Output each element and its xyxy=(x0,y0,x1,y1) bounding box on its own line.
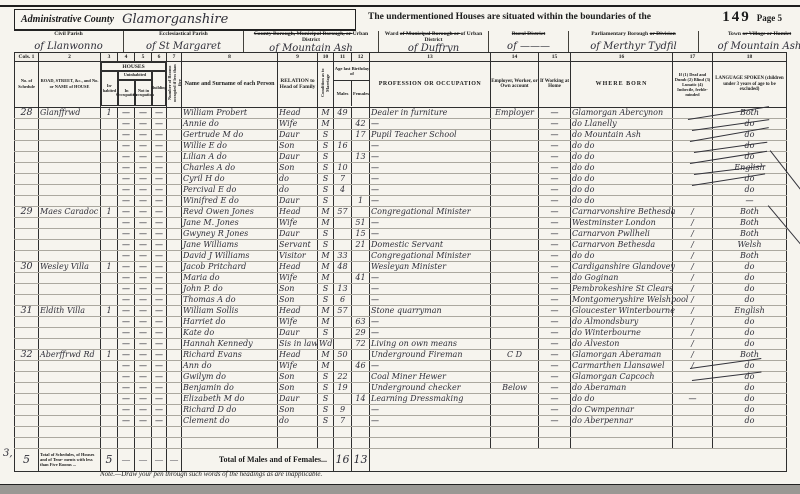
cell xyxy=(15,173,39,184)
cell: do xyxy=(278,173,318,184)
cell: Wife xyxy=(278,316,318,327)
cell xyxy=(370,426,491,437)
cell: Domestic Servant xyxy=(370,239,491,250)
cell: Elizabeth M do xyxy=(182,393,278,404)
cell: do xyxy=(713,316,787,327)
header-age-group: Age last Birthday of Males Females xyxy=(334,62,370,108)
cell: — xyxy=(118,250,135,261)
cell xyxy=(39,382,101,393)
cell: — xyxy=(152,250,167,261)
cell: — xyxy=(118,316,135,327)
cell: Harriet do xyxy=(182,316,278,327)
cell xyxy=(39,404,101,415)
cell xyxy=(278,426,318,437)
header-not-in-occupation: Not in Occupation xyxy=(135,80,152,106)
cell xyxy=(491,195,539,206)
cell: do do xyxy=(571,173,673,184)
table-row: ———Ann doWifeM46——Carmarthen Llansawel/d… xyxy=(15,360,787,371)
cell: — xyxy=(152,294,167,305)
cell: — xyxy=(118,195,135,206)
cell: — xyxy=(118,140,135,151)
cell xyxy=(713,426,787,437)
cell: do do xyxy=(571,250,673,261)
column-number: 6 xyxy=(152,53,167,62)
cell: do xyxy=(713,294,787,305)
cell: Daur xyxy=(278,327,318,338)
cell xyxy=(167,415,182,426)
cell: / xyxy=(673,272,713,283)
cell xyxy=(167,140,182,151)
cell: Thomas A do xyxy=(182,294,278,305)
cell: 17 xyxy=(352,129,370,140)
cell: — xyxy=(152,129,167,140)
cell: do Alveston xyxy=(571,338,673,349)
cell: — xyxy=(135,140,152,151)
cell xyxy=(167,250,182,261)
column-number: 13 xyxy=(370,53,491,62)
cell xyxy=(101,129,118,140)
cell: — xyxy=(118,415,135,426)
cell xyxy=(334,327,352,338)
cell xyxy=(167,272,182,283)
cell: do xyxy=(713,338,787,349)
cell: — xyxy=(135,162,152,173)
cell: — xyxy=(135,118,152,129)
header-workhome: If Working at Home xyxy=(539,62,571,108)
cell: — xyxy=(539,404,571,415)
cell: Carmarthen Llansawel xyxy=(571,360,673,371)
cell xyxy=(491,261,539,272)
cell xyxy=(118,426,135,437)
cell: — xyxy=(539,162,571,173)
cell xyxy=(491,272,539,283)
cell: — xyxy=(135,360,152,371)
cell xyxy=(491,371,539,382)
cell: Revd Owen Jones xyxy=(182,206,278,217)
parish-box-label: Parliamentary Borough or Division xyxy=(571,31,696,37)
cell: M xyxy=(318,349,334,360)
cell: — xyxy=(118,338,135,349)
parish-box-value: of Duffryn xyxy=(381,44,486,52)
table-row: 32Aberffrwd Rd1———Richard EvansHeadM50Un… xyxy=(15,349,787,360)
cell: Jane Williams xyxy=(182,239,278,250)
cell: M xyxy=(318,272,334,283)
parish-box: Ecclesiastical Parish of St Margaret xyxy=(124,31,244,52)
cell: — xyxy=(135,151,152,162)
table-row: 28Glanffrwd1———William ProbertHeadM49Dea… xyxy=(15,107,787,118)
cell: — xyxy=(539,206,571,217)
cell: Benjamin do xyxy=(182,382,278,393)
table-row: ———Harriet doWifeM63——do Almondsbury/do xyxy=(15,316,787,327)
header-houses-group: HOUSES In-habited Uninhabited In Occupat… xyxy=(101,62,167,108)
cell xyxy=(101,327,118,338)
cell: — xyxy=(152,404,167,415)
cell xyxy=(334,118,352,129)
cell: — xyxy=(118,272,135,283)
cell xyxy=(491,151,539,162)
total-schedules-label: Total of Schedules, of Houses and of Ten… xyxy=(39,448,101,471)
cell xyxy=(101,316,118,327)
cell: — xyxy=(370,151,491,162)
cell: S xyxy=(318,228,334,239)
cell xyxy=(334,195,352,206)
cell: S xyxy=(318,294,334,305)
cell: Clement do xyxy=(182,415,278,426)
parish-box-value: of Llanwonno xyxy=(16,42,121,52)
column-number: 18 xyxy=(713,53,787,62)
cell: 33 xyxy=(334,250,352,261)
cell: Cyril H do xyxy=(182,173,278,184)
cell: do xyxy=(713,283,787,294)
cell xyxy=(352,162,370,173)
cell: Ann do xyxy=(182,360,278,371)
cell: Son xyxy=(278,382,318,393)
cell xyxy=(167,162,182,173)
cell xyxy=(491,250,539,261)
cell: Pupil Teacher School xyxy=(370,129,491,140)
cell xyxy=(334,437,352,448)
column-number: 5 xyxy=(135,53,152,62)
cell: — xyxy=(152,107,167,118)
cell xyxy=(673,195,713,206)
cell xyxy=(491,118,539,129)
table-row: ———Kate doDaurS29——do Winterbourne/do xyxy=(15,327,787,338)
column-number: 16 xyxy=(571,53,673,62)
cell: Learning Dressmaking xyxy=(370,393,491,404)
cell: do Almondsbury xyxy=(571,316,673,327)
cell: — xyxy=(135,272,152,283)
cell: 19 xyxy=(334,382,352,393)
cell: — xyxy=(152,173,167,184)
parish-box: Civil Parish of Llanwonno xyxy=(14,31,124,52)
table-row: ———Annie doWifeM42——do Llanellydo xyxy=(15,118,787,129)
table-row: ———Charles A doSonS10——do doEnglish xyxy=(15,162,787,173)
cell xyxy=(491,305,539,316)
cell xyxy=(101,393,118,404)
header-houses: HOUSES xyxy=(101,62,166,71)
cell xyxy=(167,349,182,360)
cell xyxy=(15,140,39,151)
cell xyxy=(15,118,39,129)
table-row: ———Maria doWifeM41——do Goginan/do xyxy=(15,272,787,283)
cell xyxy=(352,349,370,360)
cell: — xyxy=(135,338,152,349)
table-row: ———Gwyney R JonesDaurS15——Carnarvon Pwll… xyxy=(15,228,787,239)
cell xyxy=(352,206,370,217)
cell xyxy=(39,360,101,371)
cell: Coal Miner Hewer xyxy=(370,371,491,382)
cell: Below xyxy=(491,382,539,393)
column-number: 12 xyxy=(352,53,370,62)
cell: — xyxy=(152,140,167,151)
table-row: ———Winifred E doDaurS1——do do— xyxy=(15,195,787,206)
cell: 28 xyxy=(15,107,39,118)
cell xyxy=(15,426,39,437)
cell xyxy=(15,327,39,338)
cell xyxy=(39,140,101,151)
cell xyxy=(167,404,182,415)
cell: S xyxy=(318,393,334,404)
parish-box-value: of Mountain Ash xyxy=(701,42,800,52)
cell xyxy=(15,272,39,283)
cell xyxy=(334,151,352,162)
cell: do Aberpennar xyxy=(571,415,673,426)
cell: do do xyxy=(571,393,673,404)
cell: — xyxy=(118,393,135,404)
cell xyxy=(352,415,370,426)
cell: — xyxy=(135,393,152,404)
header-employer: Employer, Worker, or Own account xyxy=(491,62,539,108)
cell: — xyxy=(152,261,167,272)
cell xyxy=(167,195,182,206)
cell: do Winterbourne xyxy=(571,327,673,338)
header-name: Name and Surname of each Person xyxy=(182,62,278,108)
cell: — xyxy=(135,206,152,217)
cell xyxy=(135,426,152,437)
cell xyxy=(673,404,713,415)
cell: do xyxy=(713,327,787,338)
cell: — xyxy=(539,294,571,305)
cell xyxy=(15,184,39,195)
cell: Richard D do xyxy=(182,404,278,415)
cell xyxy=(101,239,118,250)
cell: 7 xyxy=(334,415,352,426)
header-infirmity: If (1) Deaf and Dumb (2) Blind (3) Lunat… xyxy=(673,62,713,108)
cell xyxy=(713,437,787,448)
cell: do do xyxy=(571,140,673,151)
cell xyxy=(539,426,571,437)
parish-box-value: of ——— xyxy=(491,42,566,52)
census-rows: 28Glanffrwd1———William ProbertHeadM49Dea… xyxy=(15,107,787,448)
cell xyxy=(167,426,182,437)
cell: — xyxy=(370,217,491,228)
cell xyxy=(167,184,182,195)
cell: — xyxy=(118,360,135,371)
cell: — xyxy=(539,371,571,382)
table-row: ———Willie E doSonS16——do dodo xyxy=(15,140,787,151)
cell: Glamorgan Capcoch xyxy=(571,371,673,382)
cell xyxy=(39,371,101,382)
cell xyxy=(167,129,182,140)
cell xyxy=(167,107,182,118)
administrative-county-box: Administrative County Glamorganshire xyxy=(14,9,356,31)
cell: 9 xyxy=(334,404,352,415)
cell: — xyxy=(370,360,491,371)
cell: / xyxy=(673,316,713,327)
cell xyxy=(673,437,713,448)
cell xyxy=(182,426,278,437)
column-headers-row: No. of Schedule ROAD, STREET, &c., and N… xyxy=(15,62,787,108)
cell: 16 xyxy=(334,140,352,151)
cell: Head xyxy=(278,107,318,118)
cell: Wife xyxy=(278,118,318,129)
cell: — xyxy=(152,195,167,206)
cell xyxy=(167,228,182,239)
cell: Daur xyxy=(278,129,318,140)
cell: — xyxy=(135,129,152,140)
cell: — xyxy=(370,272,491,283)
cell xyxy=(334,360,352,371)
footnote: Note.—Draw your pen through such words o… xyxy=(100,470,322,478)
cell: Daur xyxy=(278,195,318,206)
cell xyxy=(101,437,118,448)
cell: Head xyxy=(278,305,318,316)
cell xyxy=(152,437,167,448)
cell xyxy=(39,195,101,206)
parish-box-label: Rural District xyxy=(491,31,566,37)
cell xyxy=(352,184,370,195)
cell xyxy=(39,393,101,404)
cell xyxy=(39,294,101,305)
cell: — xyxy=(135,250,152,261)
cell: — xyxy=(152,239,167,250)
column-number: 17 xyxy=(673,53,713,62)
parish-box-label: Ecclesiastical Parish xyxy=(126,31,241,37)
cell: — xyxy=(152,151,167,162)
cell xyxy=(101,283,118,294)
parish-box: Parliamentary Borough or Division of Mer… xyxy=(569,31,699,52)
cell: Son xyxy=(278,404,318,415)
cell: 10 xyxy=(334,162,352,173)
cell xyxy=(101,184,118,195)
cell xyxy=(101,151,118,162)
cell: C D xyxy=(491,349,539,360)
cell: / xyxy=(673,228,713,239)
parish-box: Rural District of ——— xyxy=(489,31,569,52)
cell: Willie E do xyxy=(182,140,278,151)
cell xyxy=(167,151,182,162)
cell: Carnarvon Bethesda xyxy=(571,239,673,250)
cell: Wd xyxy=(318,338,334,349)
parish-box-value: of St Margaret xyxy=(126,42,241,52)
parish-box-label: Town or Village or Hamlet xyxy=(701,31,800,37)
cell: — xyxy=(539,184,571,195)
cell: — xyxy=(118,404,135,415)
cell xyxy=(101,426,118,437)
cell: Son xyxy=(278,140,318,151)
table-row: ———Lilian A doDaurS13——do dodo xyxy=(15,151,787,162)
cell: 6 xyxy=(334,294,352,305)
cell xyxy=(152,426,167,437)
cell xyxy=(101,338,118,349)
cell: do xyxy=(713,272,787,283)
cell: — xyxy=(135,349,152,360)
cell: — xyxy=(152,371,167,382)
cell: — xyxy=(118,283,135,294)
cell: 15 xyxy=(352,228,370,239)
cell: — xyxy=(370,316,491,327)
cell: Pembrokeshire St Clears xyxy=(571,283,673,294)
cell xyxy=(39,217,101,228)
header-language: LANGUAGE SPOKEN (children under 3 years … xyxy=(713,62,787,108)
parish-band: Civil Parish of LlanwonnoEcclesiastical … xyxy=(14,31,786,52)
cell: — xyxy=(118,107,135,118)
table-row xyxy=(15,426,787,437)
cell xyxy=(101,250,118,261)
top-rule xyxy=(0,5,800,7)
cell: — xyxy=(370,404,491,415)
table-row: ———Jane M. JonesWifeM51——Westminster Lon… xyxy=(15,217,787,228)
cell xyxy=(15,404,39,415)
cell xyxy=(15,228,39,239)
cell xyxy=(571,437,673,448)
cell xyxy=(334,393,352,404)
cell xyxy=(352,404,370,415)
cell: 29 xyxy=(352,327,370,338)
cell: — xyxy=(539,382,571,393)
cell: do xyxy=(713,415,787,426)
cell: — xyxy=(135,327,152,338)
table-row: ———Clement dodoS7——do Aberpennardo xyxy=(15,415,787,426)
table-row: ———Jane WilliamsServantS21Domestic Serva… xyxy=(15,239,787,250)
cell xyxy=(673,382,713,393)
cell: — xyxy=(135,294,152,305)
cell: Both xyxy=(713,250,787,261)
cell xyxy=(167,360,182,371)
cell xyxy=(39,272,101,283)
cell xyxy=(352,305,370,316)
cell xyxy=(167,173,182,184)
cell: Eldith Villa xyxy=(39,305,101,316)
cell: — xyxy=(135,382,152,393)
cell xyxy=(491,173,539,184)
header-uninhabited: Uninhabited xyxy=(118,71,152,80)
table-row: ———Elizabeth M doDaurS14Learning Dressma… xyxy=(15,393,787,404)
cell xyxy=(352,250,370,261)
cell: Gwyney R Jones xyxy=(182,228,278,239)
cell: Son xyxy=(278,283,318,294)
cell xyxy=(167,261,182,272)
cell: 57 xyxy=(334,305,352,316)
cell xyxy=(167,239,182,250)
cell: — xyxy=(539,338,571,349)
cell xyxy=(491,393,539,404)
cell: — xyxy=(135,239,152,250)
cell xyxy=(352,140,370,151)
parish-box-label: Civil Parish xyxy=(16,31,121,37)
cell: — xyxy=(370,327,491,338)
cell xyxy=(167,382,182,393)
cell: — xyxy=(135,261,152,272)
cell: 1 xyxy=(101,305,118,316)
cell: Carnarvonshire Bethesda xyxy=(571,206,673,217)
cell: S xyxy=(318,327,334,338)
cell: — xyxy=(118,228,135,239)
cell: / xyxy=(673,217,713,228)
cell: Westminster London xyxy=(571,217,673,228)
cell xyxy=(15,316,39,327)
cell xyxy=(182,437,278,448)
cell: — xyxy=(370,184,491,195)
cell xyxy=(491,217,539,228)
cell xyxy=(491,129,539,140)
cell xyxy=(101,228,118,239)
cell: S xyxy=(318,184,334,195)
cell xyxy=(167,393,182,404)
cell: — xyxy=(118,382,135,393)
cell: — xyxy=(539,173,571,184)
cell: S xyxy=(318,151,334,162)
header-age: Age last Birthday of xyxy=(334,62,370,80)
cell: David J Williams xyxy=(182,250,278,261)
total-females: 13 xyxy=(352,448,370,471)
cell: — xyxy=(370,228,491,239)
cell: — xyxy=(118,294,135,305)
cell: / xyxy=(673,305,713,316)
cell: M xyxy=(318,118,334,129)
cell xyxy=(491,206,539,217)
cell: Hannah Kennedy xyxy=(182,338,278,349)
